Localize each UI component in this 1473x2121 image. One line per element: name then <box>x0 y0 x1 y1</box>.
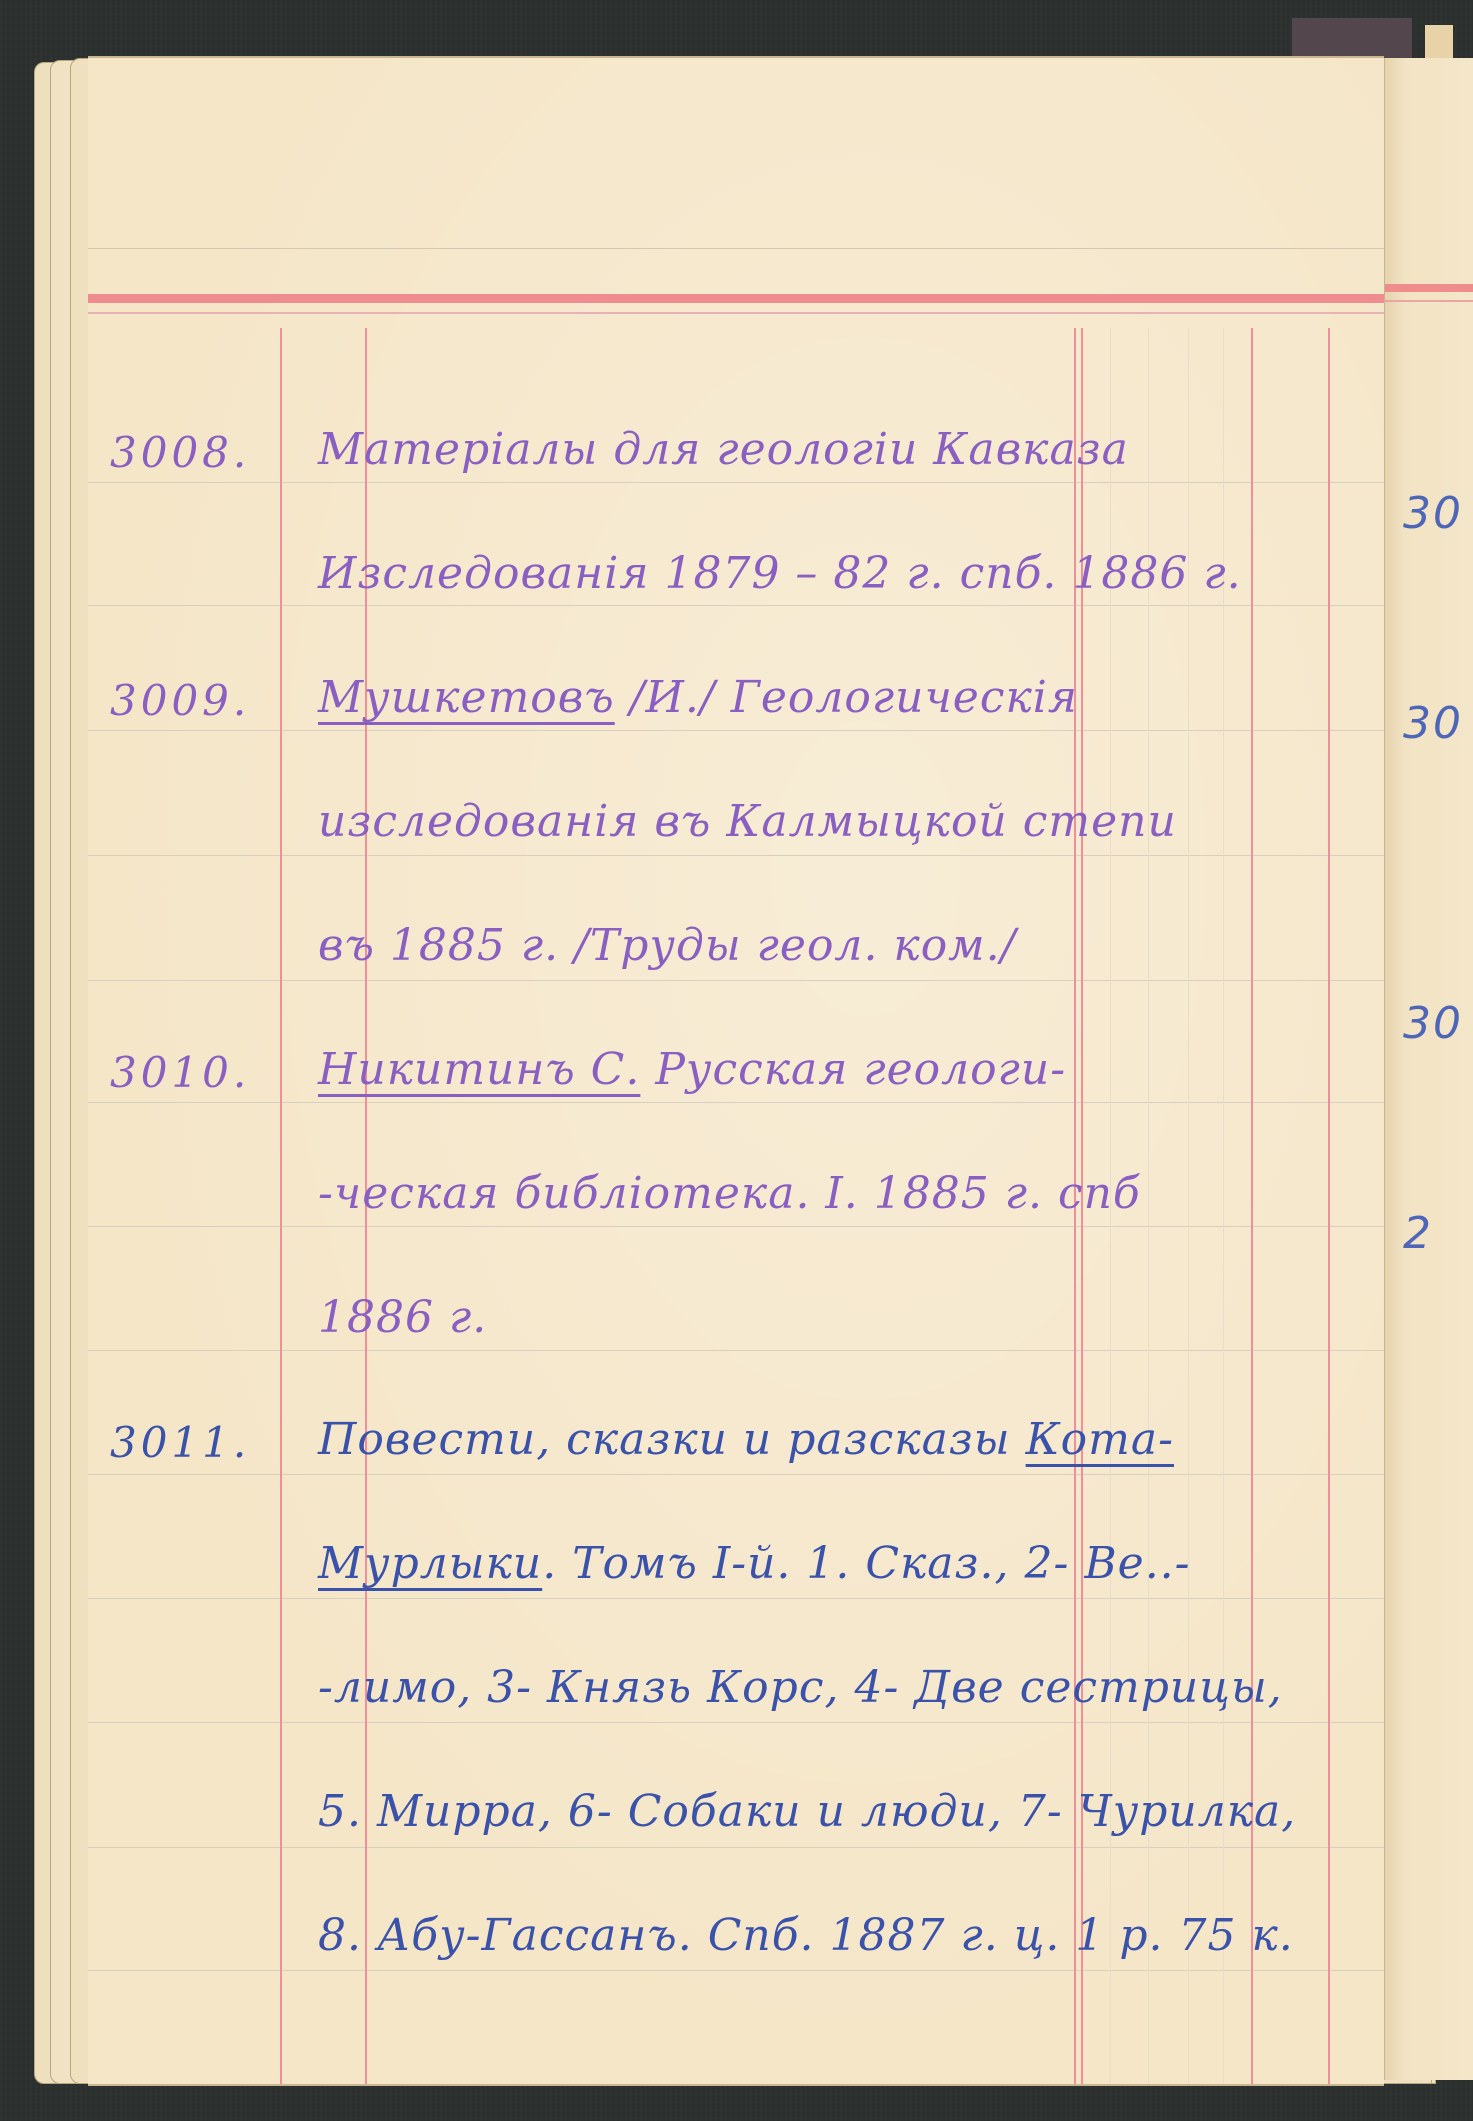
entry-line: -ческая библiотека. I. 1885 г. спб <box>318 1168 1398 1219</box>
entry-number: 3009. <box>110 676 270 725</box>
entry-line: -лимо, 3- Князь Корс, 4- Две сестрицы, <box>318 1662 1398 1713</box>
entry-line: Повести, сказки и разсказы Кота- <box>318 1414 1398 1465</box>
entry-line: Никитинъ С. Русская геологи- <box>318 1044 1398 1095</box>
entry-number: 3011. <box>110 1418 270 1467</box>
author-name: Мушкетовъ <box>318 672 615 723</box>
entry-line: Мурлыки. Томъ I-й. 1. Сказ., 2- Ве..- <box>318 1538 1398 1589</box>
entry-line: Мушкетовъ /И./ Геологическiя <box>318 672 1398 723</box>
author-name: Никитинъ С. <box>318 1044 640 1095</box>
facing-entry-number: 30 <box>1403 698 1463 749</box>
entry-line: 1886 г. <box>318 1292 1398 1343</box>
facing-entry-number: 30 <box>1403 998 1463 1049</box>
facing-entry-number: 30 <box>1403 488 1463 539</box>
entry-number: 3010. <box>110 1048 270 1097</box>
entry-number: 3008. <box>110 428 270 477</box>
entry-line: Изследованiя 1879 – 82 г. спб. 1886 г. <box>318 548 1398 599</box>
entry-line: изследованiя въ Калмыцкой степи <box>318 796 1398 847</box>
entry-line: Матерiалы для геологiи Кавказа <box>318 424 1398 475</box>
register-page: 3008. Матерiалы для геологiи Кавказа Изс… <box>88 56 1384 2086</box>
facing-entry-number: 2 <box>1403 1208 1433 1259</box>
entry-line: въ 1885 г. /Труды геол. ком./ <box>318 920 1398 971</box>
paper-scrap <box>1292 18 1412 58</box>
entry-line: 8. Абу-Гассанъ. Спб. 1887 г. ц. 1 р. 75 … <box>318 1910 1398 1961</box>
facing-red-rule-thin <box>1385 300 1473 302</box>
facing-red-rule <box>1385 284 1473 292</box>
author-name: Мурлыки <box>318 1538 542 1589</box>
entry-line: 5. Мирра, 6- Собаки и люди, 7- Чурилка, <box>318 1786 1398 1837</box>
author-name: Кота- <box>1026 1414 1174 1465</box>
register-entries: 3008. Матерiалы для геологiи Кавказа Изс… <box>88 58 1384 2084</box>
paper-tab <box>1425 25 1453 59</box>
